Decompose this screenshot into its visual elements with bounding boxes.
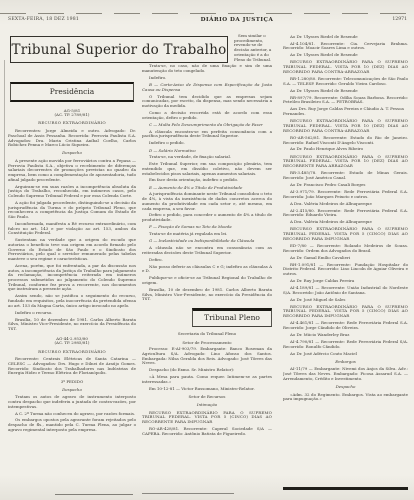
despacho-heading: Embargos [283, 360, 408, 365]
attorney-line: Ao Dr. Ulysses Riedel de Resende [283, 35, 408, 40]
paragraph: AI-4.461/81 — Recorrente: Rede Ferroviár… [283, 321, 408, 330]
subsection-heading: Secretaria do Tribunal Pleno [142, 332, 272, 337]
attorney-line: Aos Drs. Ruy Jorge Caldas Pereira e Cláu… [283, 107, 408, 116]
scan-smudge-center [142, 493, 234, 495]
paragraph: AI-2.415/80. Recorrente: Rede Ferroviári… [283, 209, 408, 218]
subsection-heading: Setor de Recursos [142, 395, 272, 400]
header-top-rule [0, 13, 414, 14]
court-masthead-box: Tribunal Superior do Trabalho [10, 36, 228, 63]
subsection-heading: Setor de Processamento [142, 341, 272, 346]
paragraph: Não posso deferir as cláusulas C e G; in… [142, 265, 272, 274]
paragraph: Indefiro o recurso. [8, 311, 136, 316]
despacho-heading: Despacho [8, 151, 136, 156]
paragraph: AI-3.971/79. Recorrente: Rede Ferroviári… [283, 190, 408, 199]
court-title: Tribunal Superior do Trabalho [12, 42, 227, 58]
recurso-heading: RECURSO EXTRAORDINÁRIO [8, 350, 136, 355]
paragraph: Recorrentes: Jorge Almeida e outro. Advo… [8, 129, 136, 148]
paragraph: Em 10-12-81 — Victor Russomano, Ministro… [142, 387, 272, 392]
notice-paragraph: RECURSO EXTRAORDINÁRIO PARA O SUPREMO TR… [283, 227, 408, 241]
edition-date: SEXTA-FEIRA, 18 DEZ 1981 [8, 17, 79, 22]
paragraph: A cláusula encontra-se em perfeita conso… [142, 130, 272, 139]
notice-paragraph: RECURSO EXTRAORDINÁRIO PARA O SUPREMO TR… [283, 119, 408, 133]
clause-heading: E — Aumento de 4% a Título de Produtivid… [142, 186, 272, 191]
clause-heading: C — Multa Pelo Descumprimento da Obrigaç… [142, 123, 272, 128]
attorney-line: A Dra. Valéria Medeiros de Albuquerque [283, 202, 408, 207]
paragraph: Publique-se e oficie-se ao Tribunal Regi… [142, 276, 272, 285]
paragraph: Sustentam na verdade que a origem do esc… [8, 238, 136, 262]
paragraph: Processo: E-AI-903/79. Embargante: Banco… [142, 347, 272, 366]
paragraph: RH-1.091/81 — Recorrente: Fundação Hospi… [283, 263, 408, 277]
paragraph: RR-1.280/80. Recorrente: Telecomunicaçõe… [283, 77, 408, 86]
paragraph: A cláusula não se encontra em consonânci… [142, 246, 272, 255]
notice-paragraph: RECURSO EXTRAORDINÁRIO PARA O SUPREMO TR… [142, 411, 272, 425]
paragraph: AI-11/79 — Embargante: Nivemi dos Anjos … [283, 367, 408, 381]
despacho-heading: Despacho [8, 388, 136, 393]
paragraph: Defiro. [142, 258, 272, 263]
paragraph: Indefiro o pedido. [142, 141, 272, 146]
scanned-page: SEXTA-FEIRA, 18 DEZ 1981 DIÁRIO DA JUSTI… [0, 0, 414, 500]
acordao-number: (AC. TP. 2789/81) [8, 113, 136, 118]
paragraph: Defiro o pedido, para conceder o aumento… [142, 213, 272, 222]
scan-smudge-left [55, 494, 133, 495]
paragraph: Os embargos opostos pela agravante foram… [8, 418, 136, 432]
paragraph: Este Tribunal Superior, em sua composiçã… [142, 162, 272, 176]
paragraph: ED-7/80 — Recorrente: Rolando Medeiros d… [283, 244, 408, 253]
gazette-title: DIÁRIO DA JUSTIÇA [120, 17, 354, 23]
paragraph: AI-4.104/81. Recorrente: Cia. Cervejaria… [283, 42, 408, 51]
paragraph: Arguiram-se em suas razões a incompetênc… [8, 185, 136, 199]
scanned-gazette-page: { "header": { "date": "SEXTA-FEIRA, 18 D… [0, 0, 414, 500]
paragraph: Indefiro. [142, 76, 272, 81]
paragraph: A C. 2ª Turma não conheceu do agravo, po… [8, 412, 136, 417]
text-column-3: Ao Dr. Ulysses Riedel de ResendeAI-4.104… [283, 33, 408, 485]
paragraph: Assim sendo, não se justifica o seguimen… [8, 294, 136, 308]
paragraph: «Adm. 32 do Regimento. Embargos. Vista a… [283, 393, 408, 402]
paragraph: Tratam os autos de agravo de instrumento… [8, 395, 136, 409]
text-column-1: PresidênciaAG-5/81(AC. TP. 2789/81)RECUR… [8, 82, 136, 496]
paragraph: A presente ação movida por ferroviários … [8, 159, 136, 183]
despacho-heading: Despacho [283, 385, 408, 390]
paragraph: Em face desta orientação, indefiro o ped… [142, 178, 272, 183]
attorney-line: Ao Dr. Ruy Jorge Caldas Pereira [283, 279, 408, 284]
paragraph: Acena, porém, que foi enfrentada, a par … [8, 264, 136, 292]
paragraph: Recorrente: Centrais Elétricas de Santa … [8, 357, 136, 376]
clause-heading: F — Fixação de Somas no Teto da Moeda [142, 225, 272, 230]
page-number: 12971 [392, 17, 407, 22]
attorney-line: Ao Dr. José Miguel de Sales [283, 298, 408, 303]
notice-paragraph: RECURSO EXTRAORDINÁRIO PARA O SUPREMO TR… [283, 155, 408, 169]
attorney-line: Ao Dr. Francisco Pedro Casali Borges [283, 183, 408, 188]
despacho-heading: Intimação [142, 403, 272, 408]
paragraph: Trata-se, no caso, não de uma fixação e … [142, 64, 272, 73]
attorney-line: Ao Dr. Ulysses Riedel de Resende [283, 89, 408, 94]
notice-paragraph: RECURSO EXTRAORDINÁRIO PARA O SUPREMO TR… [283, 305, 408, 319]
attorney-line: Ao Dr. José Adércio Couto Maciel [283, 352, 408, 357]
paragraph: RR-3.485/78. Recorrente: Estado de Minas… [283, 171, 408, 180]
next-section-top-bar [283, 487, 408, 490]
paragraph: Brasília, 10 de dezembro de 1981. Carlos… [8, 318, 136, 332]
paragraph: Sem similar o procedimento, revendo-se d… [234, 34, 272, 62]
paragraph: A jurisprudência dominante neste Tribuna… [142, 192, 272, 211]
paragraph: Brasília, 10 de dezembro de 1981. Carlos… [142, 288, 272, 302]
paragraph: AI-4.189/81 — Recorrente: União Industri… [283, 286, 408, 295]
paragraph: AI-4.790/81 — Recorrente: Rede Ferroviár… [283, 340, 408, 349]
paragraph: O Tribunal tem decidido que as empresas … [142, 95, 272, 109]
paragraph: Como a decisão recorrida está de acordo … [142, 111, 272, 120]
text-column-2: Sem similar o procedimento, revendo-se d… [142, 34, 272, 496]
paragraph: A ação foi julgada procedente, distingui… [8, 201, 136, 220]
presidencia-section-box: Presidência [10, 82, 134, 102]
paragraph: RO-AR-428/81. Recorrente: Caperal Socied… [142, 427, 272, 436]
clause-heading: G — Inelasticidade ou Indisponibilidade … [142, 239, 272, 244]
header-bottom-rule [0, 26, 414, 27]
attorney-line: A Dra. Valéria Medeiros de Albuquerque [283, 220, 408, 225]
paragraph: Inconformada, manifesta a Ré recurso ext… [8, 222, 136, 236]
paragraph: Trata-se de matéria já regulada em lei. [142, 232, 272, 237]
attorney-line: Ao Dr. Ulysses Riedel de Resende [283, 53, 408, 58]
acordao-number: (AC. TP. 2985/81) [8, 341, 136, 346]
attorney-line: Ao Dr. Múcio Wanderley Braz [283, 333, 408, 338]
attorney-line: Ao Dr. Paulo Henrique Alves Ribeiro [283, 147, 408, 152]
pedido-heading: 3º PEDIDO [8, 380, 136, 385]
notice-paragraph: RECURSO EXTRAORDINÁRIO PARA O SUPREMO TR… [283, 60, 408, 74]
paragraph: «À Mesa para pauta. Como requer. Intimem… [142, 375, 272, 384]
paragraph: Trata-se, na verdade, de fixação salaria… [142, 155, 272, 160]
clause-heading: B — Carta-Aviso de Dispensa com Especifi… [142, 83, 272, 92]
tribunal-pleno-section-box: Tribunal Pleno [192, 308, 272, 328]
clause-heading: D — Salário Normativo [142, 149, 272, 154]
attorney-line: Ao Dr. Gamal Emílio Cavalieri [283, 256, 408, 261]
paragraph: Despacho (do Exmo. Sr. Ministro Relator)… [142, 368, 272, 373]
paragraph: RO-AR-562/81. Recorrente: Estado do Rio … [283, 136, 408, 145]
scan-edge-artifact [4, 60, 5, 240]
paragraph: RR-897/79. Recorrente: Odília Souza Barb… [283, 96, 408, 105]
recurso-heading: RECURSO EXTRAORDINÁRIO [8, 121, 136, 126]
